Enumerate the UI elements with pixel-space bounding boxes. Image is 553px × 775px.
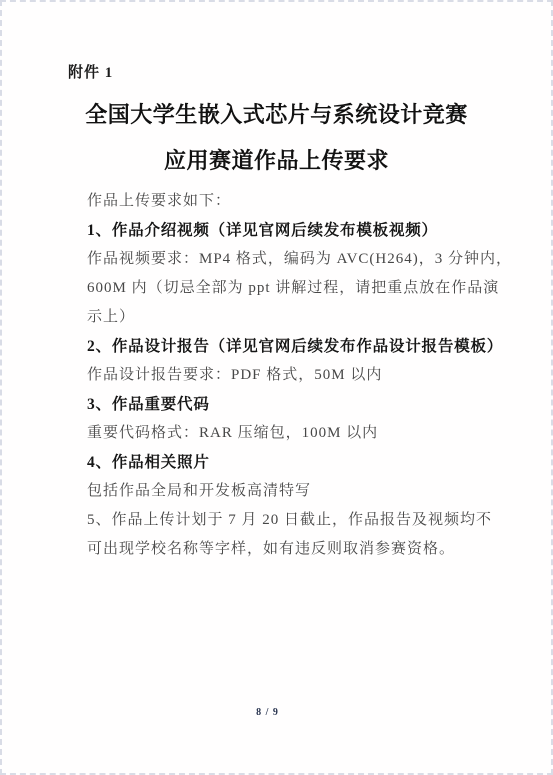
document-line: 5、作品上传计划于 7 月 20 日截止，作品报告及视频均不	[87, 506, 511, 535]
document-page: 附件 1 全国大学生嵌入式芯片与系统设计竞赛 应用赛道作品上传要求 作品上传要求…	[0, 0, 553, 775]
attachment-label: 附件 1	[68, 62, 551, 84]
section-heading-3: 3、作品重要代码	[87, 390, 511, 419]
document-line: 作品设计报告要求：PDF 格式，50M 以内	[87, 361, 511, 390]
section-heading-4: 4、作品相关照片	[87, 448, 511, 477]
page-number: 8 / 9	[2, 707, 533, 718]
document-line: 可出现学校名称等字样，如有违反则取消参赛资格。	[87, 535, 511, 564]
document-title-line1: 全国大学生嵌入式芯片与系统设计竞赛	[32, 92, 521, 138]
section-heading-2: 2、作品设计报告（详见官网后续发布作品设计报告模板）	[87, 332, 511, 361]
document-line: 示上）	[87, 303, 511, 332]
intro-line: 作品上传要求如下：	[87, 187, 511, 216]
document-body: 作品上传要求如下： 1、作品介绍视频（详见官网后续发布模板视频） 作品视频要求：…	[87, 187, 511, 564]
document-line: 包括作品全局和开发板高清特写	[87, 477, 511, 506]
document-line: 重要代码格式：RAR 压缩包，100M 以内	[87, 419, 511, 448]
document-line: 600M 内（切忌全部为 ppt 讲解过程，请把重点放在作品演	[87, 274, 511, 303]
section-heading-1: 1、作品介绍视频（详见官网后续发布模板视频）	[87, 216, 511, 245]
document-line: 作品视频要求：MP4 格式，编码为 AVC(H264)，3 分钟内，	[87, 245, 511, 274]
document-title-line2: 应用赛道作品上传要求	[32, 138, 521, 184]
